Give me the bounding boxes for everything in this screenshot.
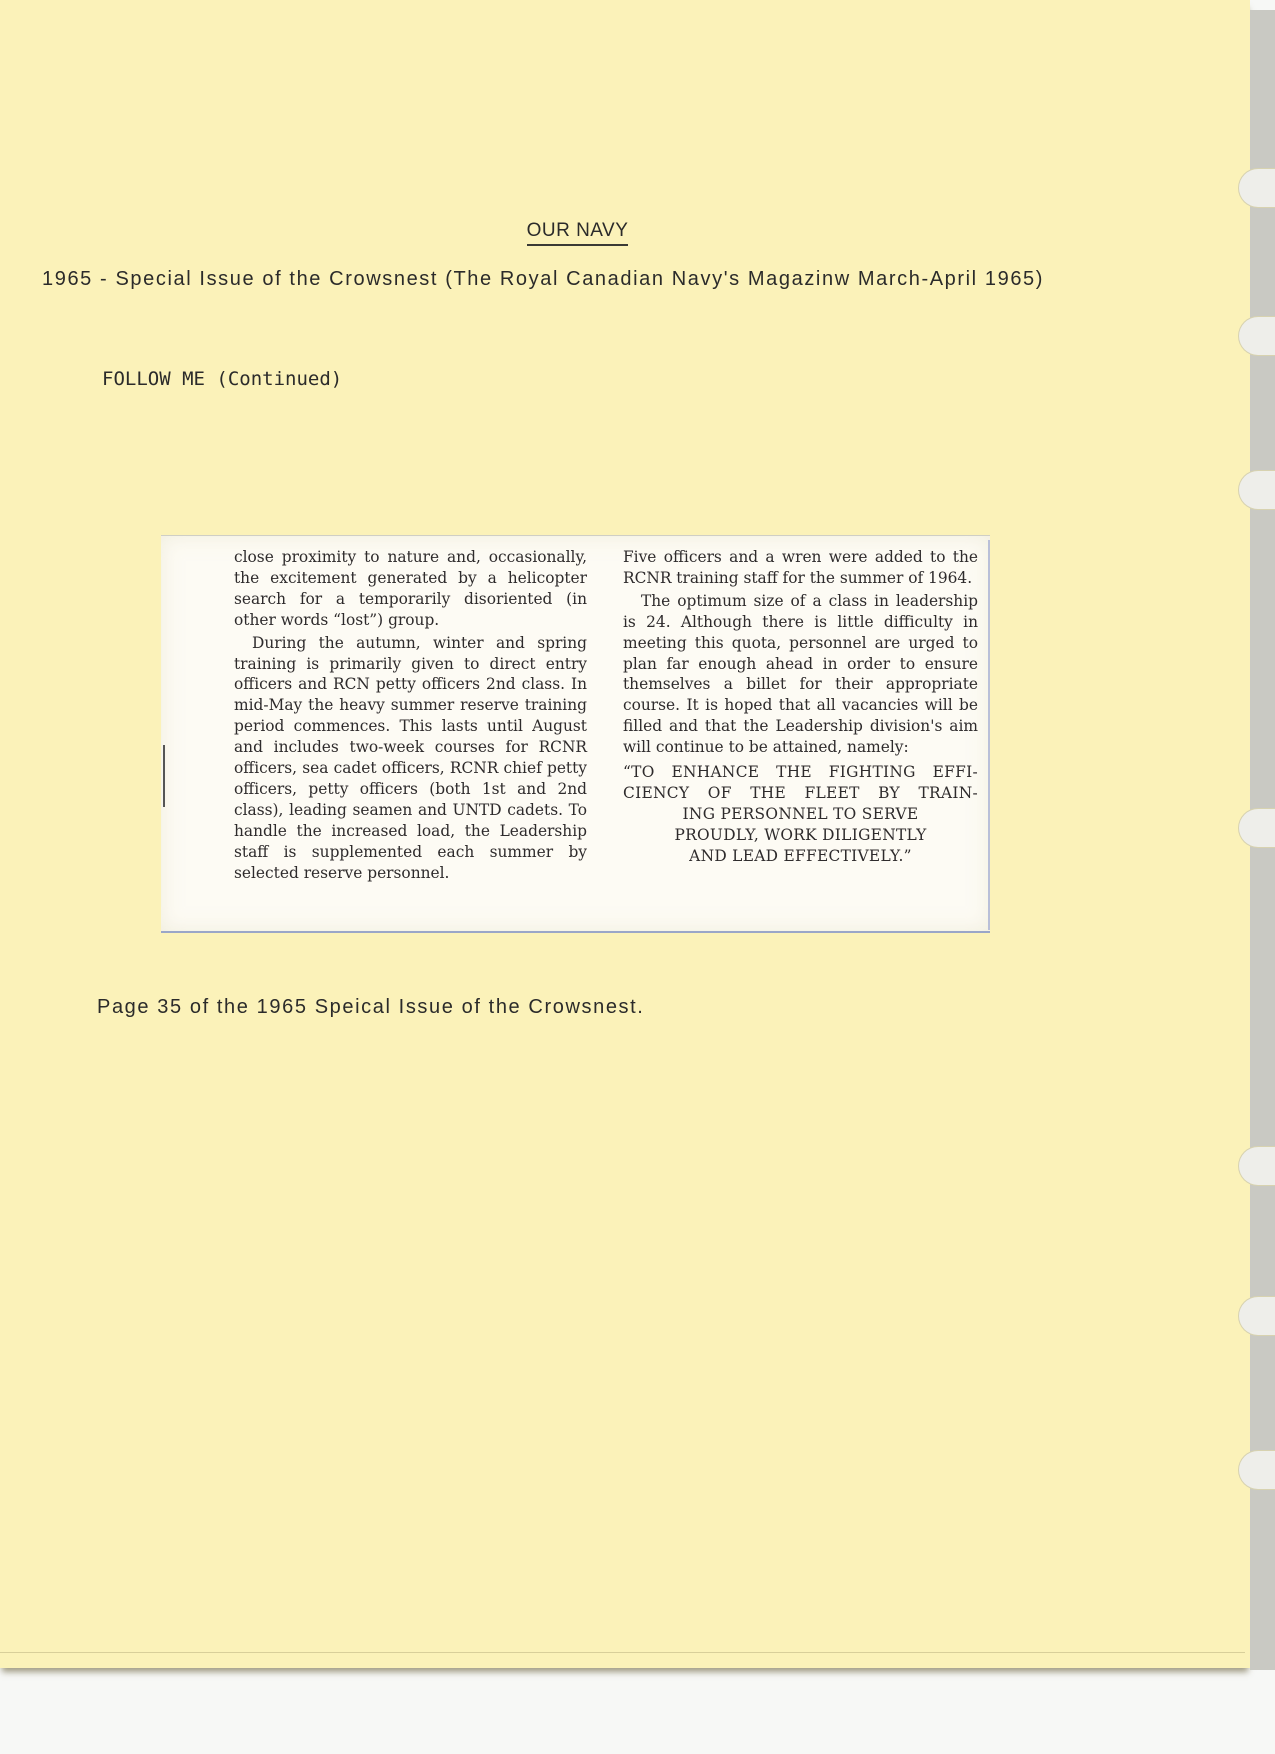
binder-hole [1238,1296,1275,1336]
footer-note: Page 35 of the 1965 Speical Issue of the… [97,996,644,1019]
motto-line: CIENCY OF THE FLEET BY TRAIN- [623,783,978,804]
leadership-motto: “TO ENHANCE THE FIGHTING EFFI- CIENCY OF… [623,762,978,867]
clipping-paragraph: During the autumn, winter and spring tra… [234,633,587,884]
document-title: OUR NAVY [0,220,1155,242]
binder-hole [1238,316,1275,356]
binder-hole [1238,470,1275,510]
section-label: FOLLOW ME (Continued) [102,368,342,390]
motto-line: “TO ENHANCE THE FIGHTING EFFI- [623,762,978,783]
clipping-paragraph: The optimum size of a class in leadershi… [623,591,978,758]
margin-mark [163,745,165,807]
motto-line: PROUDLY, WORK DILIGENTLY [623,825,978,846]
clipping-paragraph: close proximity to nature and, occasiona… [234,547,587,631]
binder-hole [1238,1146,1275,1186]
motto-line: AND LEAD EFFECTIVELY.” [623,846,978,867]
binder-hole [1238,1450,1275,1490]
document-page: OUR NAVY 1965 - Special Issue of the Cro… [0,0,1250,1668]
magazine-clipping: close proximity to nature and, occasiona… [161,535,990,933]
clipping-edge-line [988,540,990,930]
clipping-right-column: Five officers and a wren were added to t… [623,547,978,867]
binder-hole [1238,168,1275,208]
document-subtitle: 1965 - Special Issue of the Crowsnest (T… [42,268,1044,291]
page-edge-line [0,1652,1245,1653]
clipping-left-column: close proximity to nature and, occasiona… [234,547,587,886]
binder-hole [1238,808,1275,848]
document-title-text: OUR NAVY [527,220,629,246]
motto-line: ING PERSONNEL TO SERVE [623,804,978,825]
clipping-paragraph: Five officers and a wren were added to t… [623,547,978,589]
